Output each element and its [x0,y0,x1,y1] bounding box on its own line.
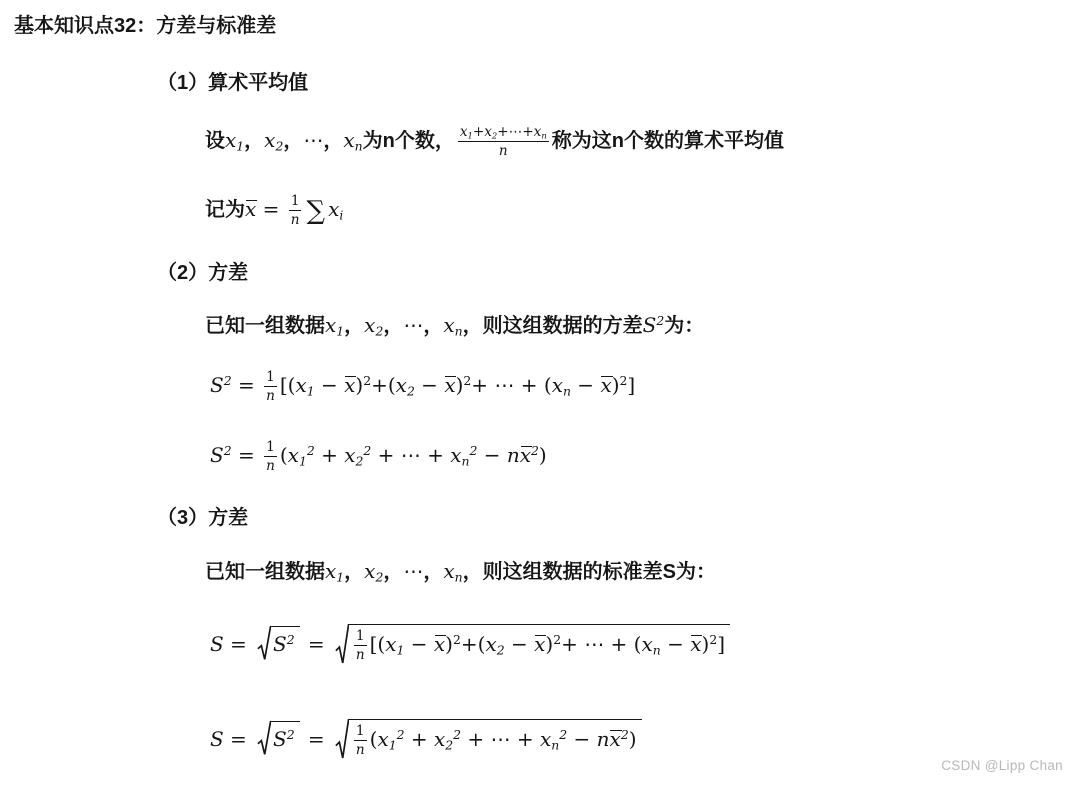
stddev-intro-text: 已知一组数据x1，x2，⋯，xn，则这组数据的标准差S为： [205,557,716,586]
radical-sign: S2 [257,721,299,755]
math-token: ) [539,443,547,467]
math-token: )2 [612,373,628,397]
formula-mean-definition: 设x1，x2，⋯，xn为n个数，x1+x2+⋯+xnn称为这n个数的算术平均值 [205,124,784,159]
formula-mean-notation: 记为x = 1n∑xi [205,193,343,228]
math-token: S [210,727,224,751]
overbar: x [434,630,445,658]
section-3-heading: （3）方差 [157,504,248,532]
math-token: ( [280,443,288,467]
math-token: x1 [385,632,404,656]
math-token: )2 [456,373,472,397]
math-token: n [266,458,275,474]
document-page: 基本知识点32：方差与标准差 （1）算术平均值 设x1，x2，⋯，xn为n个数，… [0,0,1080,786]
math-token: xn2 [450,443,477,467]
math-token: 1 [291,193,300,209]
math-token: − [415,373,444,397]
math-token: x1 [225,128,244,152]
math-token: +⋯+ [497,124,533,140]
math-token: +( [461,632,486,656]
math-token: 1 [356,723,365,739]
text-run: 为： [664,315,704,337]
math-token: S2 [210,373,232,397]
math-token: x12 [377,727,404,751]
fraction: 1n [289,193,302,228]
text-run: 已知一组数据 [205,561,325,583]
math-token: ⋯ [303,128,323,152]
math-token: + [405,727,434,751]
math-token: x12 [288,443,315,467]
text-run: 为n个数， [363,130,455,152]
math-token: S2 [273,632,295,656]
math-token: )2 [445,632,461,656]
math-token: S2 [643,313,665,337]
overbar: x [444,371,455,399]
math-token: − [571,373,600,397]
formula-variance-expanded: S2 = 1n[(x1 − x)2+(x2 − x)2+ ⋯ + (xn − x… [210,369,635,404]
math-token: + [473,124,484,140]
text-run: 称为这n个数的算术平均值 [552,130,784,152]
text-run: ， [423,315,443,337]
math-token: x [245,197,256,221]
math-token: = [302,727,331,751]
text-run: ， [244,130,264,152]
overbar: x [690,630,701,658]
formula-stddev-compact: S = S2 = 1n(x12 + x22 + ⋯ + xn2 − nx2) [210,719,644,759]
fraction: 1n [354,723,367,758]
sum-operator: ∑ [307,196,326,226]
math-token: S2 [210,443,232,467]
math-token: [( [370,632,386,656]
math-token: xn [443,559,462,583]
math-token: x2 [364,559,383,583]
math-token: − [505,632,534,656]
math-token: xn [641,632,660,656]
math-token: x1 [325,313,344,337]
math-token: xn2 [540,727,567,751]
fraction: 1n [354,628,367,663]
math-token: n [499,143,508,159]
math-token: + ⋯ + [461,727,540,751]
formula-variance-compact: S2 = 1n(x12 + x22 + ⋯ + xn2 − nx2) [210,439,547,474]
math-token: x [434,632,445,656]
formula-stddev-expanded: S = S2 = 1n[(x1 − x)2+(x2 − x)2+ ⋯ + (xn… [210,624,732,664]
overbar: x [610,725,621,753]
math-token: − [315,373,344,397]
radical-sign: S2 [257,626,299,660]
math-token: n [507,443,520,467]
math-token: x [344,373,355,397]
math-token: n [356,742,365,758]
math-token: + ⋯ + [371,443,450,467]
math-token: x1 [460,124,473,140]
math-token: [( [280,373,296,397]
section-2-heading: （2）方差 [157,259,248,287]
math-token: + [315,443,344,467]
math-token: x2 [610,727,629,751]
math-token: xn [343,128,362,152]
fraction: x1+x2+⋯+xnn [458,124,549,159]
math-token: x1 [295,373,314,397]
math-token: n [291,212,300,228]
math-token: ] [717,632,725,656]
math-token: = [302,632,331,656]
math-token: 1 [266,439,275,455]
math-token: − [567,727,596,751]
math-token: x2 [520,443,539,467]
math-token: x2 [364,313,383,337]
text-run: ， [423,561,443,583]
math-token: x22 [344,443,371,467]
math-token: − [477,443,506,467]
math-token: )2 [355,373,371,397]
math-token: + ⋯ + ( [561,632,641,656]
math-token: = [224,727,253,751]
math-token: xi [328,197,343,221]
math-token: n [597,727,610,751]
math-token: )2 [545,632,561,656]
math-token: S [210,632,224,656]
overbar: x [245,195,256,223]
math-token: x2 [485,632,504,656]
math-token: x22 [434,727,461,751]
math-token: = [256,197,285,221]
fraction: 1n [264,439,277,474]
text-run: ， [283,130,303,152]
section-1-heading: （1）算术平均值 [157,69,308,97]
text-run: ，则这组数据的方差 [463,315,643,337]
text-run: ， [344,315,364,337]
math-token: x2 [396,373,415,397]
text-run: 设 [205,130,225,152]
radical-sign: 1n(x12 + x22 + ⋯ + xn2 − nx2) [335,719,641,759]
math-token: ⋯ [403,313,423,337]
math-token: xn [443,313,462,337]
math-token: ) [629,727,637,751]
math-token: x [534,632,545,656]
math-token: n [266,388,275,404]
text-run: ， [383,561,403,583]
math-token: x1 [325,559,344,583]
math-token: ⋯ [403,559,423,583]
fraction: 1n [264,369,277,404]
math-token: x2 [484,124,497,140]
watermark: CSDN @Lipp Chan [941,758,1063,773]
math-token: +( [371,373,396,397]
math-token: − [661,632,690,656]
text-run: ， [344,561,364,583]
text-run: ， [323,130,343,152]
math-token: x2 [264,128,283,152]
math-token: − [404,632,433,656]
text-run: ，则这组数据的标准差S为： [463,561,716,583]
math-token: n [356,647,365,663]
math-token: + ⋯ + ( [471,373,551,397]
math-token: x [690,632,701,656]
math-token: S2 [273,727,295,751]
math-token: )2 [702,632,718,656]
math-token: = [232,373,261,397]
math-token: x [444,373,455,397]
math-token: = [224,632,253,656]
math-token: xn [552,373,571,397]
math-token: xn [534,124,547,140]
math-token: 1 [356,628,365,644]
variance-intro-text: 已知一组数据x1，x2，⋯，xn，则这组数据的方差S2为： [205,311,704,340]
math-token: 1 [266,369,275,385]
overbar: x [520,441,531,469]
overbar: x [534,630,545,658]
text-run: ， [383,315,403,337]
text-run: 已知一组数据 [205,315,325,337]
math-token: = [232,443,261,467]
math-token: x [600,373,611,397]
math-token: ] [627,373,635,397]
radical-sign: 1n[(x1 − x)2+(x2 − x)2+ ⋯ + (xn − x)2] [335,624,730,664]
text-run: 记为 [205,199,245,221]
overbar: x [344,371,355,399]
page-title: 基本知识点32：方差与标准差 [14,12,276,40]
overbar: x [600,371,611,399]
